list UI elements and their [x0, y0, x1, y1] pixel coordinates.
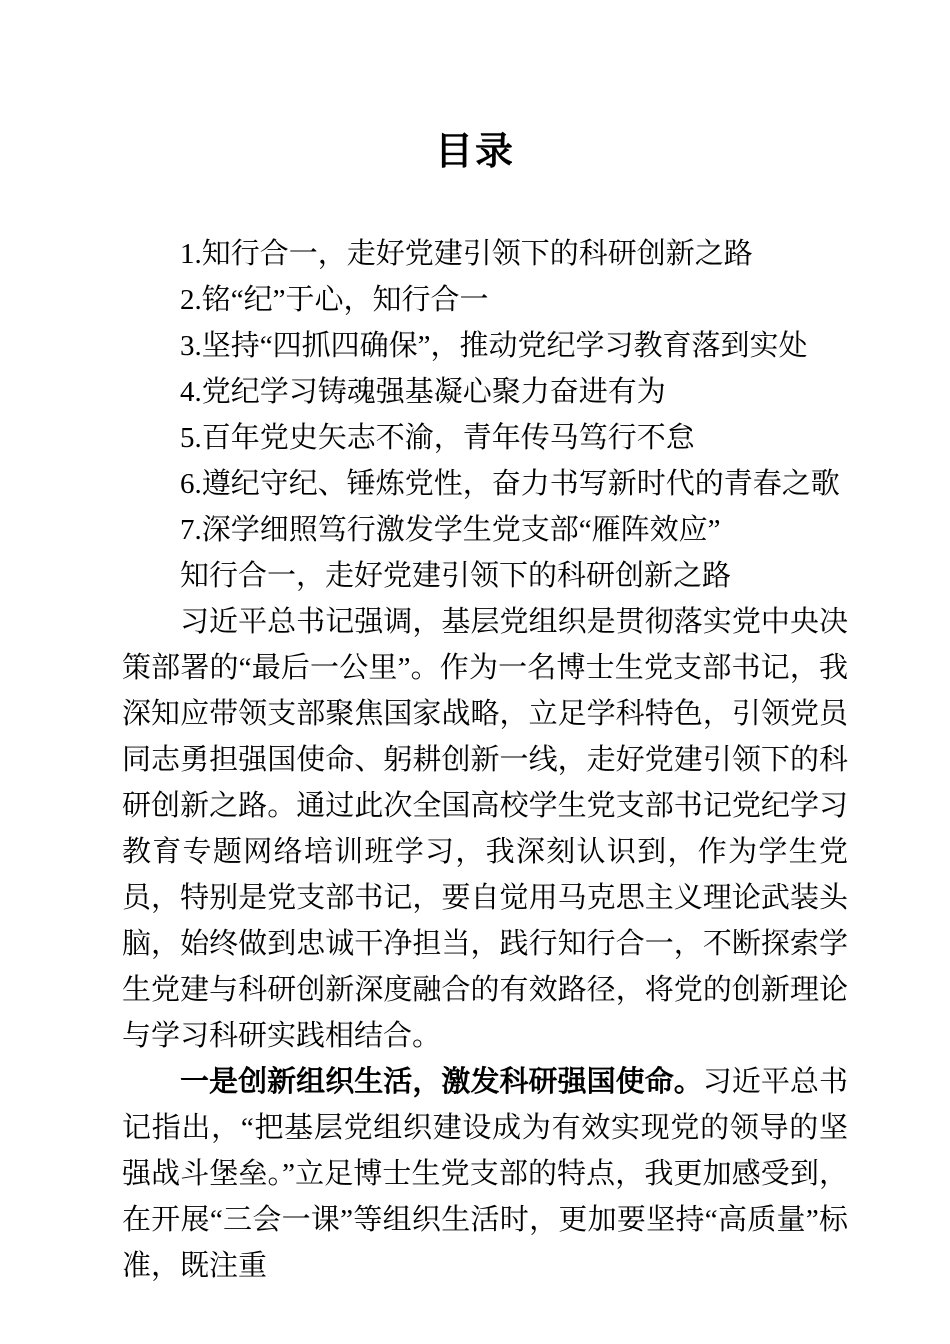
body-paragraph-1: 习近平总书记强调，基层党组织是贯彻落实党中央决策部署的“最后一公里”。作为一名博… — [122, 599, 848, 1059]
document-page: 目录 1.知行合一，走好党建引领下的科研创新之路 2.铭“纪”于心，知行合一 3… — [0, 0, 950, 1344]
paragraph-2-text: 习近平总书记指出，“把基层党组织建设成为有效实现党的领导的坚强战斗堡垒。”立足博… — [122, 1066, 848, 1282]
toc-item-3: 3.坚持“四抓四确保”，推动党纪学习教育落到实处 — [122, 323, 848, 369]
section-heading: 知行合一，走好党建引领下的科研创新之路 — [122, 553, 848, 599]
toc-item-6: 6.遵纪守纪、锤炼党性，奋力书写新时代的青春之歌 — [122, 461, 848, 507]
document-title: 目录 — [0, 130, 950, 174]
toc-item-7: 7.深学细照笃行激发学生党支部“雁阵效应” — [122, 507, 848, 553]
table-of-contents: 1.知行合一，走好党建引领下的科研创新之路 2.铭“纪”于心，知行合一 3.坚持… — [122, 231, 848, 553]
document-content: 1.知行合一，走好党建引领下的科研创新之路 2.铭“纪”于心，知行合一 3.坚持… — [122, 231, 848, 1289]
toc-item-2: 2.铭“纪”于心，知行合一 — [122, 277, 848, 323]
toc-item-4: 4.党纪学习铸魂强基凝心聚力奋进有为 — [122, 369, 848, 415]
toc-item-1: 1.知行合一，走好党建引领下的科研创新之路 — [122, 231, 848, 277]
body-paragraph-2: 一是创新组织生活，激发科研强国使命。习近平总书记指出，“把基层党组织建设成为有效… — [122, 1059, 848, 1289]
paragraph-2-bold-lead: 一是创新组织生活，激发科研强国使命。 — [180, 1066, 703, 1098]
toc-item-5: 5.百年党史矢志不渝，青年传马笃行不怠 — [122, 415, 848, 461]
